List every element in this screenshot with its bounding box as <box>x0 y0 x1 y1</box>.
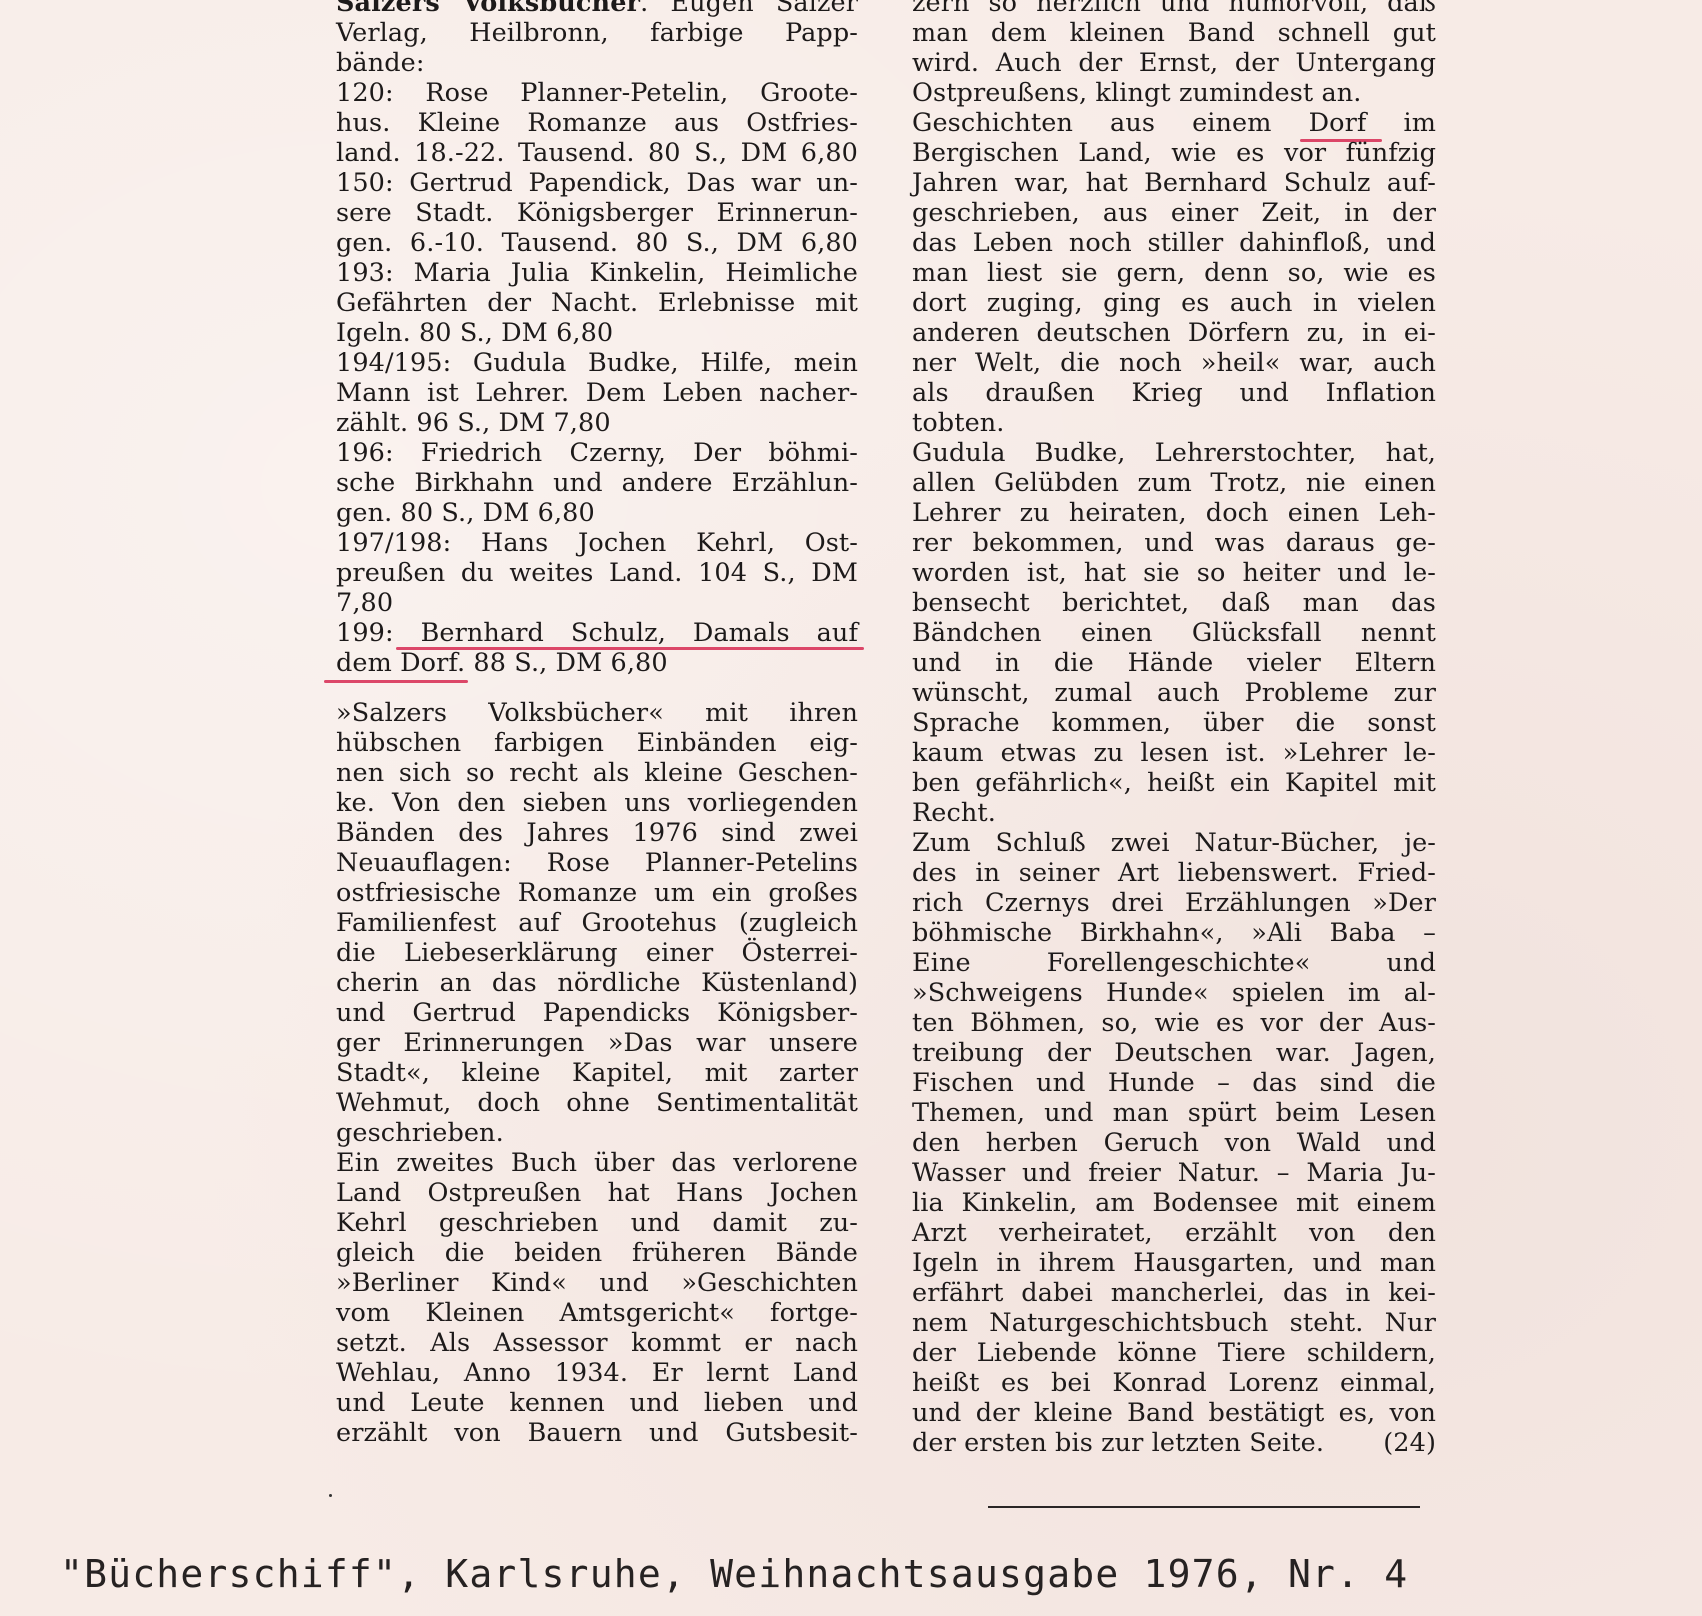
review-line: nen sich so recht als kleine Geschen- <box>336 758 858 788</box>
review-line: Wehlau, Anno 1934. Er lernt Land <box>336 1358 858 1388</box>
review-line: hübschen farbigen Einbänden eig- <box>336 728 858 758</box>
review-line: Land Ostpreußen hat Hans Jochen <box>336 1178 858 1208</box>
review-line: »Schweigens Hunde« spielen im al- <box>912 978 1436 1008</box>
review-line: Ein zweites Buch über das verlorene <box>336 1148 858 1178</box>
book-entry-199: 199: Bernhard Schulz, Damals auf <box>336 618 858 648</box>
review-line: Eine Forellengeschichte« und <box>912 948 1436 978</box>
page-reference: (24) <box>1383 1428 1436 1458</box>
review-line: Zum Schluß zwei Natur-Bücher, je- <box>912 828 1436 858</box>
review-line: Fischen und Hunde – das sind die <box>912 1068 1436 1098</box>
review-line: man dem kleinen Band schnell gut <box>912 18 1436 48</box>
review-line: ner Welt, die noch »heil« war, auch <box>912 348 1436 378</box>
review-line: »Berliner Kind« und »Geschichten <box>336 1268 858 1298</box>
review-line: Geschichten aus einem Dorf im <box>912 108 1436 138</box>
review-line: treibung der Deutschen war. Jagen, <box>912 1038 1436 1068</box>
review-line: den herben Geruch von Wald und <box>912 1128 1436 1158</box>
book-list-line: Mann ist Lehrer. Dem Leben nacher- <box>336 378 858 408</box>
review-line: ke. Von den sieben uns vorliegenden <box>336 788 858 818</box>
review-line: geschrieben. <box>336 1118 858 1148</box>
review-line: Bändchen einen Glücksfall nennt <box>912 618 1436 648</box>
review-line: der Liebende könne Tiere schildern, <box>912 1338 1436 1368</box>
review-line: wünscht, zumal auch Probleme zur <box>912 678 1436 708</box>
review-closing-line: der ersten bis zur letzten Seite. (24) <box>912 1428 1436 1458</box>
review-line: Jahren war, hat Bernhard Schulz auf- <box>912 168 1436 198</box>
book-list-line: Gefährten der Nacht. Erlebnisse mit <box>336 288 858 318</box>
red-underline-mark <box>324 680 468 683</box>
review-line: des in seiner Art liebenswert. Fried- <box>912 858 1436 888</box>
book-list-line: gen. 6.-10. Tausend. 80 S., DM 6,80 <box>336 228 858 258</box>
review-line: worden ist, hat sie so heiter und le- <box>912 558 1436 588</box>
review-line: nem Naturgeschichtsbuch steht. Nur <box>912 1308 1436 1338</box>
book-list-line: Verlag, Heilbronn, farbige Papp- <box>336 18 858 48</box>
book-list-line: bände: <box>336 48 858 78</box>
book-list-line: sere Stadt. Königsberger Erinnerun- <box>336 198 858 228</box>
review-line: wird. Auch der Ernst, der Untergang <box>912 48 1436 78</box>
review-line: und Leute kennen und lieben und <box>336 1388 858 1418</box>
review-line: geschrieben, aus einer Zeit, in der <box>912 198 1436 228</box>
book-list-line: hus. Kleine Romanze aus Ostfries- <box>336 108 858 138</box>
review-line: bensecht berichtet, daß man das <box>912 588 1436 618</box>
book-list-line: gen. 80 S., DM 6,80 <box>336 498 858 528</box>
review-line: Wehmut, doch ohne Sentimentalität <box>336 1088 858 1118</box>
book-list-header-line: Salzers Volksbücher. Eugen Salzer <box>336 0 858 18</box>
review-line: ten Böhmen, so, wie es vor der Aus- <box>912 1008 1436 1038</box>
source-caption: "Bücherschiff", Karlsruhe, Weihnachtsaus… <box>60 1552 1408 1596</box>
book-entry-150: 150: Gertrud Papendick, Das war un- <box>336 168 858 198</box>
review-line: Stadt«, kleine Kapitel, mit zarter <box>336 1058 858 1088</box>
book-entry-197-198: 197/198: Hans Jochen Kehrl, Ost- <box>336 528 858 558</box>
book-list-line: Igeln. 80 S., DM 6,80 <box>336 318 858 348</box>
review-line: allen Gelübden zum Trotz, nie einen <box>912 468 1436 498</box>
review-line: zern so herzlich und humorvoll, daß <box>912 0 1436 18</box>
review-line: ger Erinnerungen »Das war unsere <box>336 1028 858 1058</box>
review-line: Lehrer zu heiraten, doch einen Leh- <box>912 498 1436 528</box>
review-line: Bergischen Land, wie es vor fünfzig <box>912 138 1436 168</box>
review-line: erzählt von Bauern und Gutsbesit- <box>336 1418 858 1448</box>
review-line: rich Czernys drei Erzählungen »Der <box>912 888 1436 918</box>
book-list-line: 7,80 <box>336 588 858 618</box>
review-line: gleich die beiden früheren Bände <box>336 1238 858 1268</box>
review-line: Sprache kommen, über die sonst <box>912 708 1436 738</box>
review-line: Ostpreußens, klingt zumindest an. <box>912 78 1436 108</box>
review-line: Recht. <box>912 798 1436 828</box>
book-entry-196: 196: Friedrich Czerny, Der böhmi- <box>336 438 858 468</box>
review-line: vom Kleinen Amtsgericht« fortge- <box>336 1298 858 1328</box>
separator-rule <box>988 1506 1420 1508</box>
review-line: heißt es bei Konrad Lorenz einmal, <box>912 1368 1436 1398</box>
review-line: und Gertrud Papendicks Königsber- <box>336 998 858 1028</box>
review-line: als draußen Krieg und Inflation <box>912 378 1436 408</box>
review-line: setzt. Als Assessor kommt er nach <box>336 1328 858 1358</box>
review-line: anderen deutschen Dörfern zu, in ei- <box>912 318 1436 348</box>
review-line: rer bekommen, und was daraus ge- <box>912 528 1436 558</box>
review-line: kaum etwas zu lesen ist. »Lehrer le- <box>912 738 1436 768</box>
review-line: Bänden des Jahres 1976 sind zwei <box>336 818 858 848</box>
review-line: lia Kinkelin, am Bodensee mit einem <box>912 1188 1436 1218</box>
review-line: Wasser und freier Natur. – Maria Ju- <box>912 1158 1436 1188</box>
review-line: ben gefährlich«, heißt ein Kapitel mit <box>912 768 1436 798</box>
review-line: die Liebeserklärung einer Österrei- <box>336 938 858 968</box>
series-title: Salzers Volksbücher <box>336 0 640 18</box>
review-line: Gudula Budke, Lehrerstochter, hat, <box>912 438 1436 468</box>
newspaper-clipping: Salzers Volksbücher. Eugen Salzer Verlag… <box>0 0 1702 1616</box>
review-line: erfährt dabei mancherlei, das in kei- <box>912 1278 1436 1308</box>
review-line: cherin an das nördliche Küstenland) <box>336 968 858 998</box>
book-entry-120: 120: Rose Planner-Petelin, Groote- <box>336 78 858 108</box>
left-column: Salzers Volksbücher. Eugen Salzer Verlag… <box>336 0 858 1448</box>
review-line: Themen, und man spürt beim Lesen <box>912 1098 1436 1128</box>
review-line: böhmische Birkhahn«, »Ali Baba – <box>912 918 1436 948</box>
book-list-line: land. 18.-22. Tausend. 80 S., DM 6,80 <box>336 138 858 168</box>
review-line: Familienfest auf Grootehus (zugleich <box>336 908 858 938</box>
right-column: zern so herzlich und humorvoll, daß man … <box>912 0 1436 1458</box>
review-line: Neuauflagen: Rose Planner-Petelins <box>336 848 858 878</box>
review-line: und in die Hände vieler Eltern <box>912 648 1436 678</box>
review-line: man liest sie gern, denn so, wie es <box>912 258 1436 288</box>
review-line: Arzt verheiratet, erzählt von den <box>912 1218 1436 1248</box>
book-list-line: dem Dorf. 88 S., DM 6,80 <box>336 648 858 678</box>
book-list-line: preußen du weites Land. 104 S., DM <box>336 558 858 588</box>
scan-speck <box>329 1494 332 1497</box>
review-line: »Salzers Volksbücher« mit ihren <box>336 698 858 728</box>
book-list-line: sche Birkhahn und andere Erzählun- <box>336 468 858 498</box>
book-list-line: zählt. 96 S., DM 7,80 <box>336 408 858 438</box>
review-line: dort zuging, ging es auch in vielen <box>912 288 1436 318</box>
review-line: Kehrl geschrieben und damit zu- <box>336 1208 858 1238</box>
book-entry-193: 193: Maria Julia Kinkelin, Heimliche <box>336 258 858 288</box>
review-line: das Leben noch stiller dahinfloß, und <box>912 228 1436 258</box>
review-line: tobten. <box>912 408 1436 438</box>
review-line: und der kleine Band bestätigt es, von <box>912 1398 1436 1428</box>
review-line: Igeln in ihrem Hausgarten, und man <box>912 1248 1436 1278</box>
review-line: ostfriesische Romanze um ein großes <box>336 878 858 908</box>
book-entry-194-195: 194/195: Gudula Budke, Hilfe, mein <box>336 348 858 378</box>
